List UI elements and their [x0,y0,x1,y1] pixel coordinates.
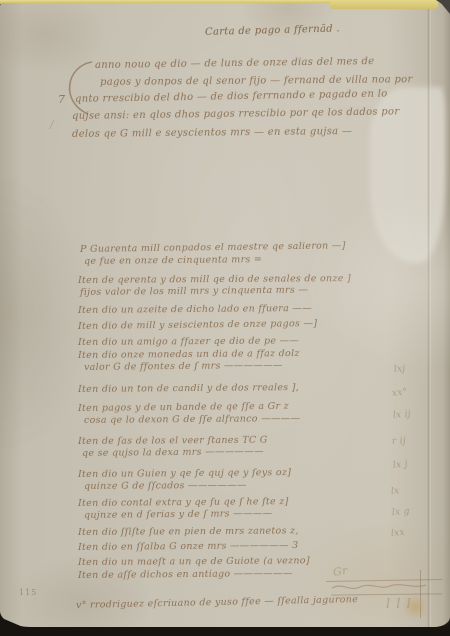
entry-line: Iten dio de mill y seiscientos de onze p… [78,318,317,332]
margin-amount: lx j [392,459,408,470]
entry-line: quinze G de ſſcados —————— [84,480,247,492]
paragraph-line: qujse ansi: en qlos dhos pagos rrescibio… [72,106,400,122]
entry-line: Iten de aſſe dichos en antiago —————— [78,568,293,581]
entry-line: Iten dio un amigo a ffazer qe dio de pe … [78,335,299,348]
entry-line: qujnze en d ſerias y de ſ mrs ———— [84,508,272,521]
manuscript-page: Carta de pago a ffernãd . 7 / anno nouo … [0,3,450,627]
entry-line: Iten dio un maeſt a un qe de Guiote (a v… [78,555,310,568]
paragraph-line: delos qe G mill e seyscientos mrs — en e… [72,126,352,140]
entry-line: qe se qujso la dexa mrs —————— [82,446,264,459]
entry-line: Iten dio un Guien y qe ſe quj qe y ſeys … [78,467,291,480]
margin-amount: xx° [391,387,408,399]
margin-amount: lxj [394,364,406,375]
page-edge [443,3,450,627]
paragraph-line: anno nouo qe dio — de luns de onze dias … [95,56,375,71]
totals-scribble [330,580,430,594]
entry-line: Iten de qerenta y dos mill qe dio de sen… [78,273,351,286]
entry-line: valor G de ffontes de ſ mrs —————— [84,360,283,373]
paragraph-line: qnto rrescibio del dho — de dios ferrnan… [75,89,388,105]
totals-flourish: Gr [332,564,348,579]
ochre-smudge [403,596,427,618]
entry-line: Iten dio contal extra y qe ſu qe ſ he ſt… [78,496,289,509]
entry-line: qe fue en onze de cinquenta mrs = [84,254,262,267]
margin-amount: lx ij [393,409,412,421]
margin-et-mark: 7 [58,93,65,106]
paragraph-line: pagos y donpos de ql senor fijo — fernan… [100,74,413,88]
entry-line: Iten dio onze monedas un dia de a ffaz d… [78,348,300,361]
entry-line: Iten dio ſſiſte ſue en pien de mrs zanet… [78,525,299,538]
closing-line: v° rrodriguez eſcriuano de yuso ffee — ſ… [76,594,358,611]
entry-line: cosa qe lo dexon G de ſſe alfranco ———— [84,413,300,426]
entry-line: Iten pagos y de un bande de qe ſſe a Gr … [78,401,289,414]
header-annotation: Carta de pago a ffernãd . [205,23,340,38]
margin-amount: r ij [392,436,407,447]
folio-stamp: 115 [19,588,37,597]
photograph: Carta de pago a ffernãd . 7 / anno nouo … [0,0,450,636]
margin-amount: lx g [392,507,410,518]
entry-line: P Guarenta mill conpados el maestre qe s… [80,240,346,255]
margin-amount: lxx [391,528,406,539]
yellow-tab [330,0,438,9]
fold-crease [427,3,431,627]
entry-line: Iten de ſas de los el veer ſtanes TC G [78,435,268,447]
margin-slash-mark: / [50,120,54,131]
entry-line: Iten dio un ton de candil y de dos rreal… [78,382,299,395]
entry-line: Iten dio en ſſalba G onze mrs —————— 3 [78,540,299,553]
entry-line: Iten dio un azeite de dicho lado en ffue… [78,303,312,316]
margin-amount: lx [391,486,400,497]
entry-line: fijos valor de los mill mrs y cinquenta … [80,285,308,298]
